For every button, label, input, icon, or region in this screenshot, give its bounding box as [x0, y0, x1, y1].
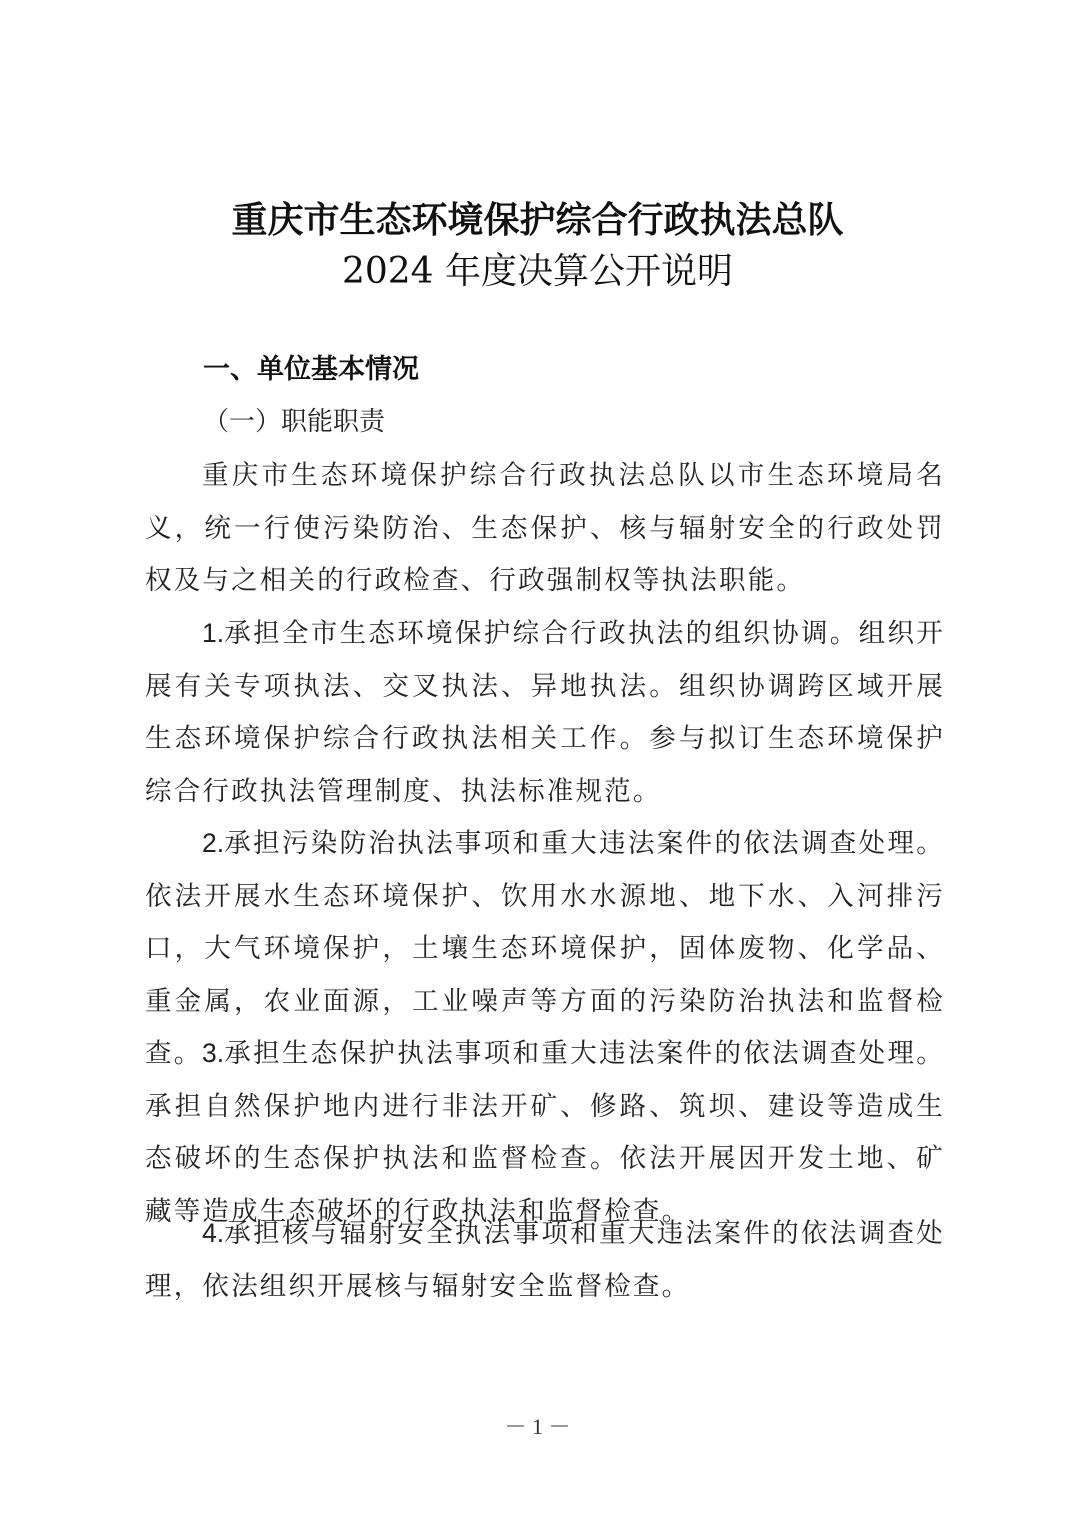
- item-number: 2.: [202, 828, 224, 858]
- subsection-heading: （一）职能职责: [203, 402, 385, 442]
- paragraph-text: 承担全市生态环境保护综合行政执法的组织协调。组织开展有关专项执法、交叉执法、异地…: [145, 618, 945, 807]
- document-title: 重庆市生态环境保护综合行政执法总队 2024 年度决算公开说明: [0, 194, 1075, 298]
- item-number: 4.: [202, 1218, 224, 1248]
- item-number: 1.: [202, 618, 224, 648]
- section-heading: 一、单位基本情况: [203, 350, 419, 390]
- paragraph-intro: 重庆市生态环境保护综合行政执法总队以市生态环境局名义，统一行使污染防治、生态保护…: [145, 450, 945, 608]
- paragraph-text: 承担核与辐射安全执法事项和重大违法案件的依法调查处理，依法组织开展核与辐射安全监…: [145, 1218, 945, 1302]
- paragraph-duty-4: 4.承担核与辐射安全执法事项和重大违法案件的依法调查处理，依法组织开展核与辐射安…: [145, 1207, 945, 1313]
- document-page: 重庆市生态环境保护综合行政执法总队 2024 年度决算公开说明 一、单位基本情况…: [0, 0, 1075, 1520]
- title-line-2: 2024 年度决算公开说明: [0, 246, 1075, 298]
- paragraph-text: 承担生态保护执法事项和重大违法案件的依法调查处理。承担自然保护地内进行非法开矿、…: [145, 1038, 945, 1227]
- item-number: 3.: [202, 1038, 224, 1068]
- paragraph-text: 重庆市生态环境保护综合行政执法总队以市生态环境局名义，统一行使污染防治、生态保护…: [145, 460, 945, 596]
- title-line-1: 重庆市生态环境保护综合行政执法总队: [0, 194, 1075, 246]
- page-number: － 1 －: [0, 1410, 1075, 1441]
- paragraph-duty-1: 1.承担全市生态环境保护综合行政执法的组织协调。组织开展有关专项执法、交叉执法、…: [145, 607, 945, 818]
